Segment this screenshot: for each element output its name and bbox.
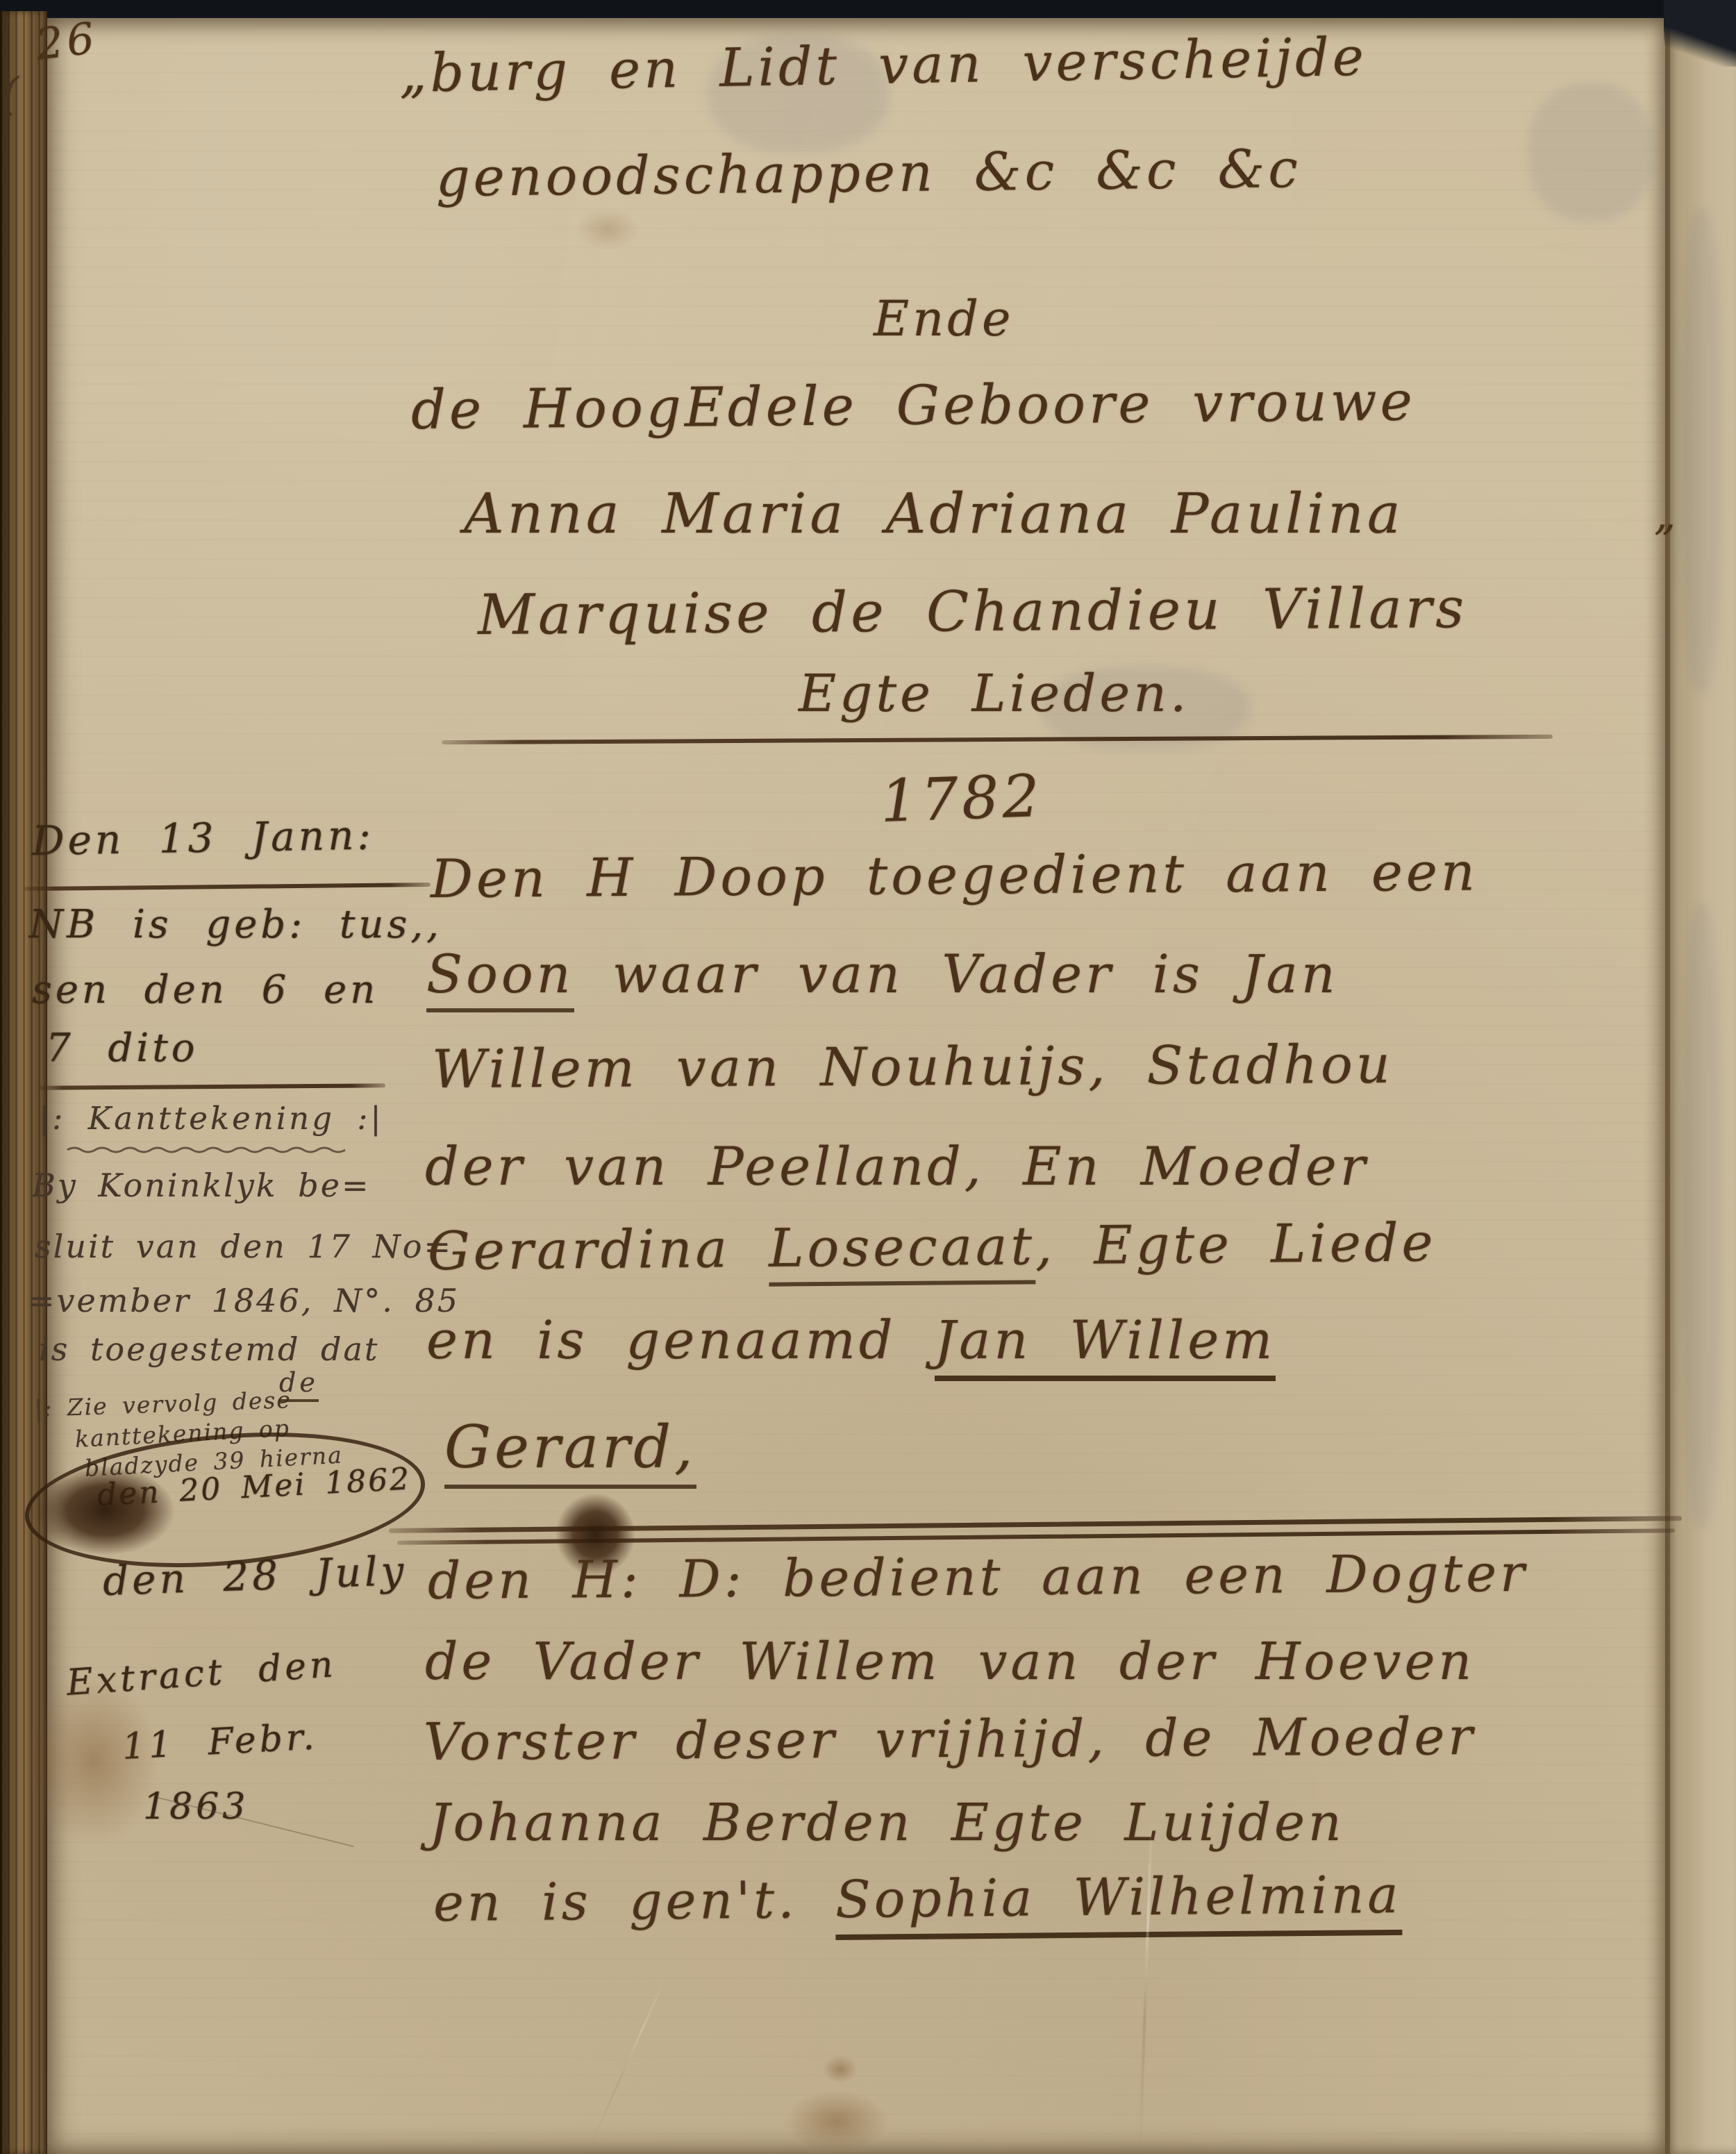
heading-ende: Ende <box>874 294 1014 343</box>
page-number: 26 <box>33 16 100 66</box>
entry1-margin-nb3: 7 dito <box>46 1029 198 1068</box>
heading-line-2: genoodschappen &c &c &c <box>436 142 1302 204</box>
annotation-line-4: is toegestemd dat <box>39 1333 379 1365</box>
book-spine <box>0 11 47 2154</box>
heading-line-1: „burg en Lidt van verscheijde <box>399 31 1367 100</box>
entry1-margin-nb2: sen den 6 en <box>32 971 378 1010</box>
stray-paren-mark: ( <box>1 72 22 117</box>
entry2-body-line-5: en is gen't. Sophia Wilhelmina <box>433 1869 1402 1929</box>
register-scan: 26 ( „burg en Lidt van verscheijde genoo… <box>0 0 1736 2154</box>
ditto-mark: „ <box>1654 494 1679 536</box>
underlined-word: Soon <box>426 943 574 1012</box>
bleedthrough-smudge <box>1528 83 1653 222</box>
entry2-body-line-2: de Vader Willem van der Hoeven <box>425 1636 1475 1687</box>
body-text: en is gen't. <box>433 1870 836 1933</box>
body-text: waar van Vader is Jan <box>574 943 1339 1005</box>
entry1-body-line-5: Gerardina Losecaat, Egte Liede <box>428 1216 1437 1278</box>
entry-year: 1782 <box>880 767 1044 830</box>
entry2-body-line-4: Johanna Berden Egte Luijden <box>429 1797 1345 1848</box>
body-text: , Egte Liede <box>1035 1211 1437 1276</box>
annotation-superscript: de <box>279 1369 319 1402</box>
annotation-line-3: =vember 1846, N°. 85 <box>28 1285 460 1317</box>
book-top-edge <box>0 0 1736 19</box>
heading-line-6: Egte Lieden. <box>799 668 1190 719</box>
entry2-body-line-1: den H: D: bedient aan een Dogter <box>428 1548 1528 1607</box>
heading-line-3: de HoogEdele Geboore vrouwe <box>411 374 1416 437</box>
stain <box>28 1673 160 1847</box>
underlined-word: Losecaat <box>769 1214 1036 1286</box>
entry1-body-line-2: Soon waar van Vader is Jan <box>426 948 1339 1001</box>
stain <box>576 208 639 250</box>
stain <box>785 2090 889 2153</box>
annotation-line-1: By Koninklyk be= <box>32 1169 370 1201</box>
heading-line-5: Marquise de Chandieu Villars <box>478 581 1468 643</box>
annotation-title: |: Kanttekening :| <box>39 1103 384 1134</box>
entry1-body-line-1: Den H Doop toegedient aan een <box>431 845 1478 905</box>
underlined-name: Sophia Wilhelmina <box>835 1865 1402 1940</box>
entry1-margin-nb1: NB is geb: tus,, <box>29 905 442 944</box>
entry1-body-line-4: der van Peelland, En Moeder <box>425 1140 1369 1193</box>
underlined-name: Jan Willem <box>935 1309 1276 1381</box>
body-text: Gerardina <box>428 1217 769 1282</box>
entry1-margin-date: Den 13 Jann: <box>31 815 374 861</box>
entry2-body-line-3: Vorster deser vrijhijd, de Moeder <box>424 1711 1476 1768</box>
annotation-line-2: sluit van den 17 No= <box>35 1230 453 1262</box>
body-text: en is genaamd <box>426 1309 935 1371</box>
bleedthrough-smudge <box>1680 208 1722 694</box>
entry1-body-line-6: en is genaamd Jan Willem <box>426 1314 1276 1367</box>
stain <box>823 2055 858 2083</box>
bleedthrough-smudge <box>1680 903 1722 1528</box>
page-corner-shadow <box>1664 0 1736 67</box>
heading-line-4: Anna Maria Adriana Paulina <box>464 486 1404 542</box>
underlined-name: Gerard, <box>444 1413 696 1489</box>
entry1-body-line-7: Gerard, <box>444 1418 696 1476</box>
entry2-margin-date: den 28 July <box>102 1551 408 1601</box>
entry1-body-line-3: Willem van Nouhuijs, Stadhou <box>432 1038 1394 1096</box>
squiggle-underline <box>66 1144 358 1154</box>
